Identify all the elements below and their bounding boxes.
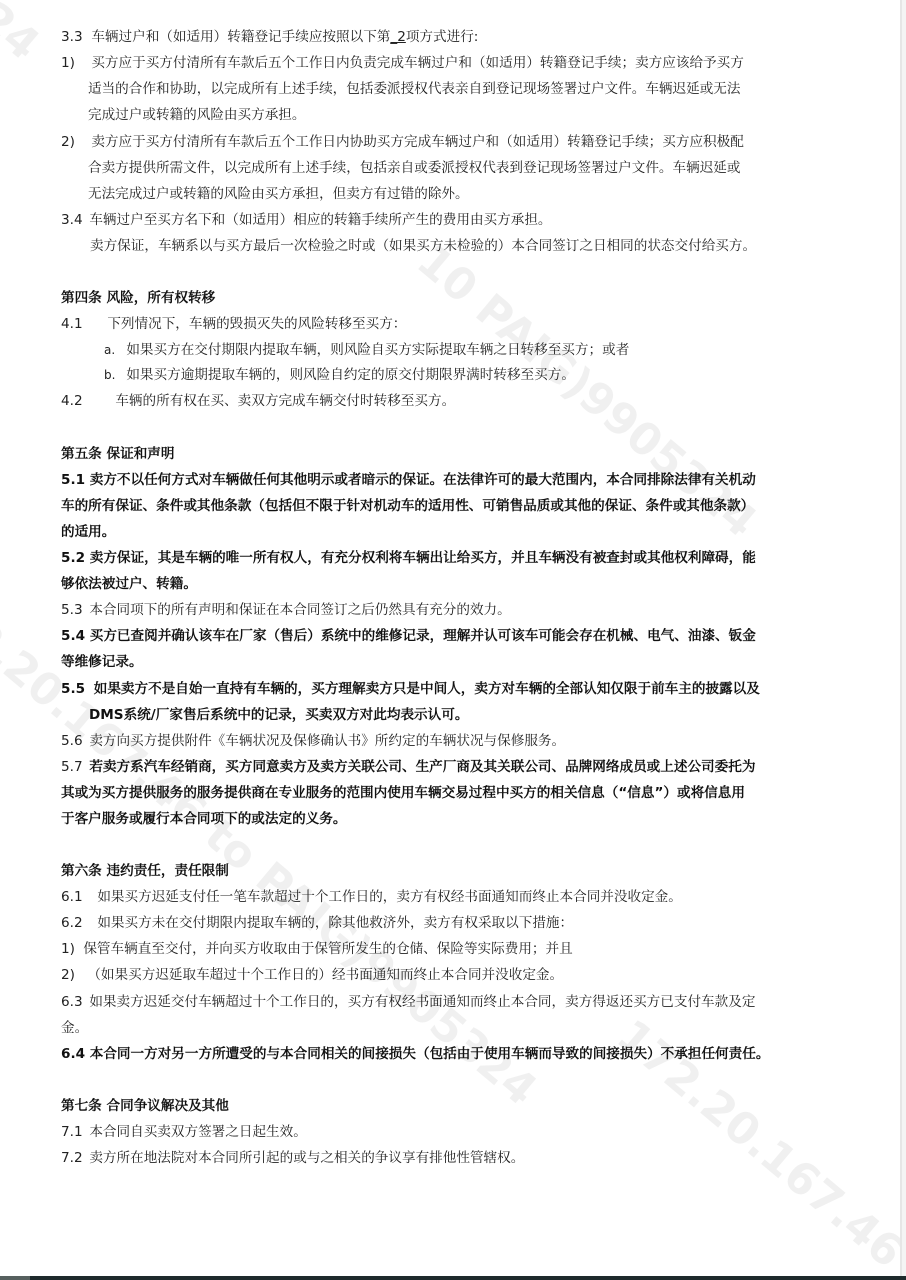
clause-number: 5.3 [61,601,85,619]
item-number: 1) [61,54,87,72]
clause-5-4-line: 等维修记录。 [61,653,143,671]
item-number: 1) [61,940,79,958]
sub-item-text: 如果买方在交付期限内提取车辆，则风险自买方实际提取车辆之日转移至买方；或者 [126,342,629,358]
clause-number: 4.2 [61,392,111,410]
item-2-line: 2) 卖方应于买方付清所有车款后五个工作日内协助买方完成车辆过户和（如适用）转籍… [61,133,744,151]
clause-5-7-line: 其或为买方提供服务的服务提供商在专业服务的范围内使用车辆交易过程中买方的相关信息… [61,784,745,802]
measure-1: 1) 保管车辆直至交付，并向买方收取由于保管所发生的仓储、保险等实际费用；并且 [61,940,573,958]
clause-text: 车辆的所有权在买、卖双方完成车辆交付时转移至买方。 [115,393,455,409]
sub-item-b: b. 如果买方逾期提取车辆的，则风险自约定的原交付期限界满时转移至买方。 [104,366,575,384]
clause-text: 项方式进行: [406,29,479,45]
clause-5-1-line: 车的所有保证、条件或其他条款（包括但不限于针对机动车的适用性、可销售品质或其他的… [61,497,754,515]
item-1-line: 1) 买方应于买方付清所有车款后五个工作日内负责完成车辆过户和（如适用）转籍登记… [61,54,744,72]
clause-7-2: 7.2 卖方所在地法院对本合同所引起的或与之相关的争议享有排他性管辖权。 [61,1149,524,1167]
sub-item-letter: a. [104,341,122,359]
sub-item-letter: b. [104,366,122,384]
clause-text: 卖方保证，其是车辆的唯一所有权人，有充分权利将车辆出让给买方，并且车辆没有被查封… [90,550,756,566]
clause-number: 7.1 [61,1123,85,1141]
clause-number: 3.3 [61,28,87,46]
section-heading: 第七条 合同争议解决及其他 [61,1097,229,1115]
clause-5-2-line: 够依法被过户、转籍。 [61,575,197,593]
bottom-bar [0,1276,906,1280]
clause-number: 5.5 [61,680,89,698]
clause-5-5: 5.5 如果卖方不是自始一直持有车辆的，买方理解卖方只是中间人，卖方对车辆的全部… [61,680,760,698]
clause-number: 3.4 [61,211,85,229]
clause-text: 车辆过户至买方名下和（如适用）相应的转籍手续所产生的费用由买方承担。 [89,212,551,228]
clause-number: 7.2 [61,1149,85,1167]
clause-3-3: 3.3 车辆过户和（如适用）转籍登记手续应按照以下第_2项方式进行: [61,28,478,46]
clause-number: 5.2 [61,549,85,567]
sub-item-text: 如果买方逾期提取车辆的，则风险自约定的原交付期限界满时转移至买方。 [126,367,575,383]
clause-text: 本合同项下的所有声明和保证在本合同签订之后仍然具有充分的效力。 [89,602,510,618]
item-number: 2) [61,966,83,984]
item-2-line: 合卖方提供所需文件，以完成所有上述手续，包括亲自或委派授权代表到登记现场签署过户… [88,159,741,177]
section-heading: 第五条 保证和声明 [61,445,174,463]
clause-text: 车辆过户和（如适用）转籍登记手续应按照以下第 [91,29,390,45]
clause-number: 5.1 [61,471,85,489]
clause-5-1-line: 的适用。 [61,523,115,541]
clause-text: 本合同自买卖双方签署之日起生效。 [89,1124,307,1140]
clause-5-7-line: 于客户服务或履行本合同项下的或法定的义务。 [61,810,346,828]
clause-6-3: 6.3 如果卖方迟延交付车辆超过十个工作日的，买方有权经书面通知而终止本合同，卖… [61,993,755,1011]
clause-text: 买方已查阅并确认该车在厂家（售后）系统中的维修记录，理解并认可该车可能会存在机械… [90,628,756,644]
watermark: 24 [0,0,49,70]
clause-number: 6.3 [61,993,85,1011]
vertical-scrollbar[interactable] [900,0,906,1276]
clause-number: 5.7 [61,758,85,776]
clause-text: 如果卖方迟延交付车辆超过十个工作日的，买方有权经书面通知而终止本合同，卖方得返还… [89,994,755,1010]
clause-4-1: 4.1 下列情况下，车辆的毁损灭失的风险转移至买方： [61,315,406,333]
clause-number: 6.1 [61,888,93,906]
sub-item-a: a. 如果买方在交付期限内提取车辆，则风险自买方实际提取车辆之日转移至买方；或者 [104,341,629,359]
clause-6-3-line: 金。 [61,1019,88,1037]
clause-text: 如果买方迟延支付任一笔车款超过十个工作日的，卖方有权经书面通知而终止本合同并没收… [97,889,682,905]
clause-6-1: 6.1 如果买方迟延支付任一笔车款超过十个工作日的，卖方有权经书面通知而终止本合… [61,888,682,906]
item-1-line: 完成过户或转籍的风险由买方承担。 [88,106,306,124]
item-2-line: 无法完成过户或转籍的风险由买方承担，但卖方有过错的除外。 [88,185,469,203]
warranty-line: 卖方保证，车辆系以与买方最后一次检验之时或（如果买方未检验的）本合同签订之日相同… [90,237,756,255]
clause-text: 本合同一方对另一方所遭受的与本合同相关的间接损失（包括由于使用车辆而导致的间接损… [90,1046,770,1062]
item-1-line: 适当的合作和协助，以完成所有上述手续，包括委派授权代表亲自到登记现场签署过户文件… [88,80,741,98]
clause-text: 卖方向买方提供附件《车辆状况及保修确认书》所约定的车辆状况与保修服务。 [89,733,565,749]
section-heading: 第六条 违约责任，责任限制 [61,862,229,880]
clause-number: 5.4 [61,627,85,645]
bottom-bar-segment [0,1276,30,1280]
clause-text: 如果卖方不是自始一直持有车辆的，买方理解卖方只是中间人，卖方对车辆的全部认知仅限… [94,681,760,697]
measure-2: 2) （如果买方迟延取车超过十个工作日的）经书面通知而终止本合同并没收定金。 [61,966,563,984]
clause-number: 4.1 [61,315,103,333]
clause-5-2: 5.2 卖方保证，其是车辆的唯一所有权人，有充分权利将车辆出让给买方，并且车辆没… [61,549,756,567]
clause-4-2: 4.2 车辆的所有权在买、卖双方完成车辆交付时转移至买方。 [61,392,455,410]
clause-number: 6.4 [61,1045,85,1063]
item-number: 2) [61,133,87,151]
clause-text: 下列情况下，车辆的毁损灭失的风险转移至买方： [107,316,406,332]
item-text: 买方应于买方付清所有车款后五个工作日内负责完成车辆过户和（如适用）转籍登记手续；… [91,55,744,71]
clause-number: 6.2 [61,914,93,932]
clause-text: 若卖方系汽车经销商，买方同意卖方及卖方关联公司、生产厂商及其关联公司、品牌网络成… [89,759,755,775]
clause-7-1: 7.1 本合同自买卖双方签署之日起生效。 [61,1123,307,1141]
clause-6-4: 6.4 本合同一方对另一方所遭受的与本合同相关的间接损失（包括由于使用车辆而导致… [61,1045,769,1063]
clause-5-7: 5.7 若卖方系汽车经销商，买方同意卖方及卖方关联公司、生产厂商及其关联公司、品… [61,758,755,776]
item-text: 卖方应于买方付清所有车款后五个工作日内协助买方完成车辆过户和（如适用）转籍登记手… [91,134,744,150]
clause-3-4: 3.4 车辆过户至买方名下和（如适用）相应的转籍手续所产生的费用由买方承担。 [61,211,552,229]
item-text: 保管车辆直至交付，并向买方收取由于保管所发生的仓储、保险等实际费用；并且 [83,941,572,957]
section-heading: 第四条 风险，所有权转移 [61,289,215,307]
clause-5-5-line: DMS系统/厂家售后系统中的记录，买卖双方对此均表示认可。 [89,706,468,724]
clause-5-3: 5.3 本合同项下的所有声明和保证在本合同签订之后仍然具有充分的效力。 [61,601,511,619]
clause-text: 如果买方未在交付期限内提取车辆的，除其他救济外，卖方有权采取以下措施： [97,915,573,931]
filled-blank: _2 [390,29,405,45]
document-page: 24 10 PAIG)9905324 2.20.167.46 to PAIG)9… [0,0,900,1276]
clause-number: 5.6 [61,732,85,750]
clause-6-2: 6.2 如果买方未在交付期限内提取车辆的，除其他救济外，卖方有权采取以下措施： [61,914,573,932]
clause-5-6: 5.6 卖方向买方提供附件《车辆状况及保修确认书》所约定的车辆状况与保修服务。 [61,732,565,750]
clause-text: 卖方所在地法院对本合同所引起的或与之相关的争议享有排他性管辖权。 [89,1150,524,1166]
item-text: （如果买方迟延取车超过十个工作日的）经书面通知而终止本合同并没收定金。 [87,967,563,983]
clause-5-1: 5.1 卖方不以任何方式对车辆做任何其他明示或者暗示的保证。在法律许可的最大范围… [61,471,756,489]
clause-5-4: 5.4 买方已查阅并确认该车在厂家（售后）系统中的维修记录，理解并认可该车可能会… [61,627,756,645]
clause-text: 卖方不以任何方式对车辆做任何其他明示或者暗示的保证。在法律许可的最大范围内，本合… [90,472,756,488]
